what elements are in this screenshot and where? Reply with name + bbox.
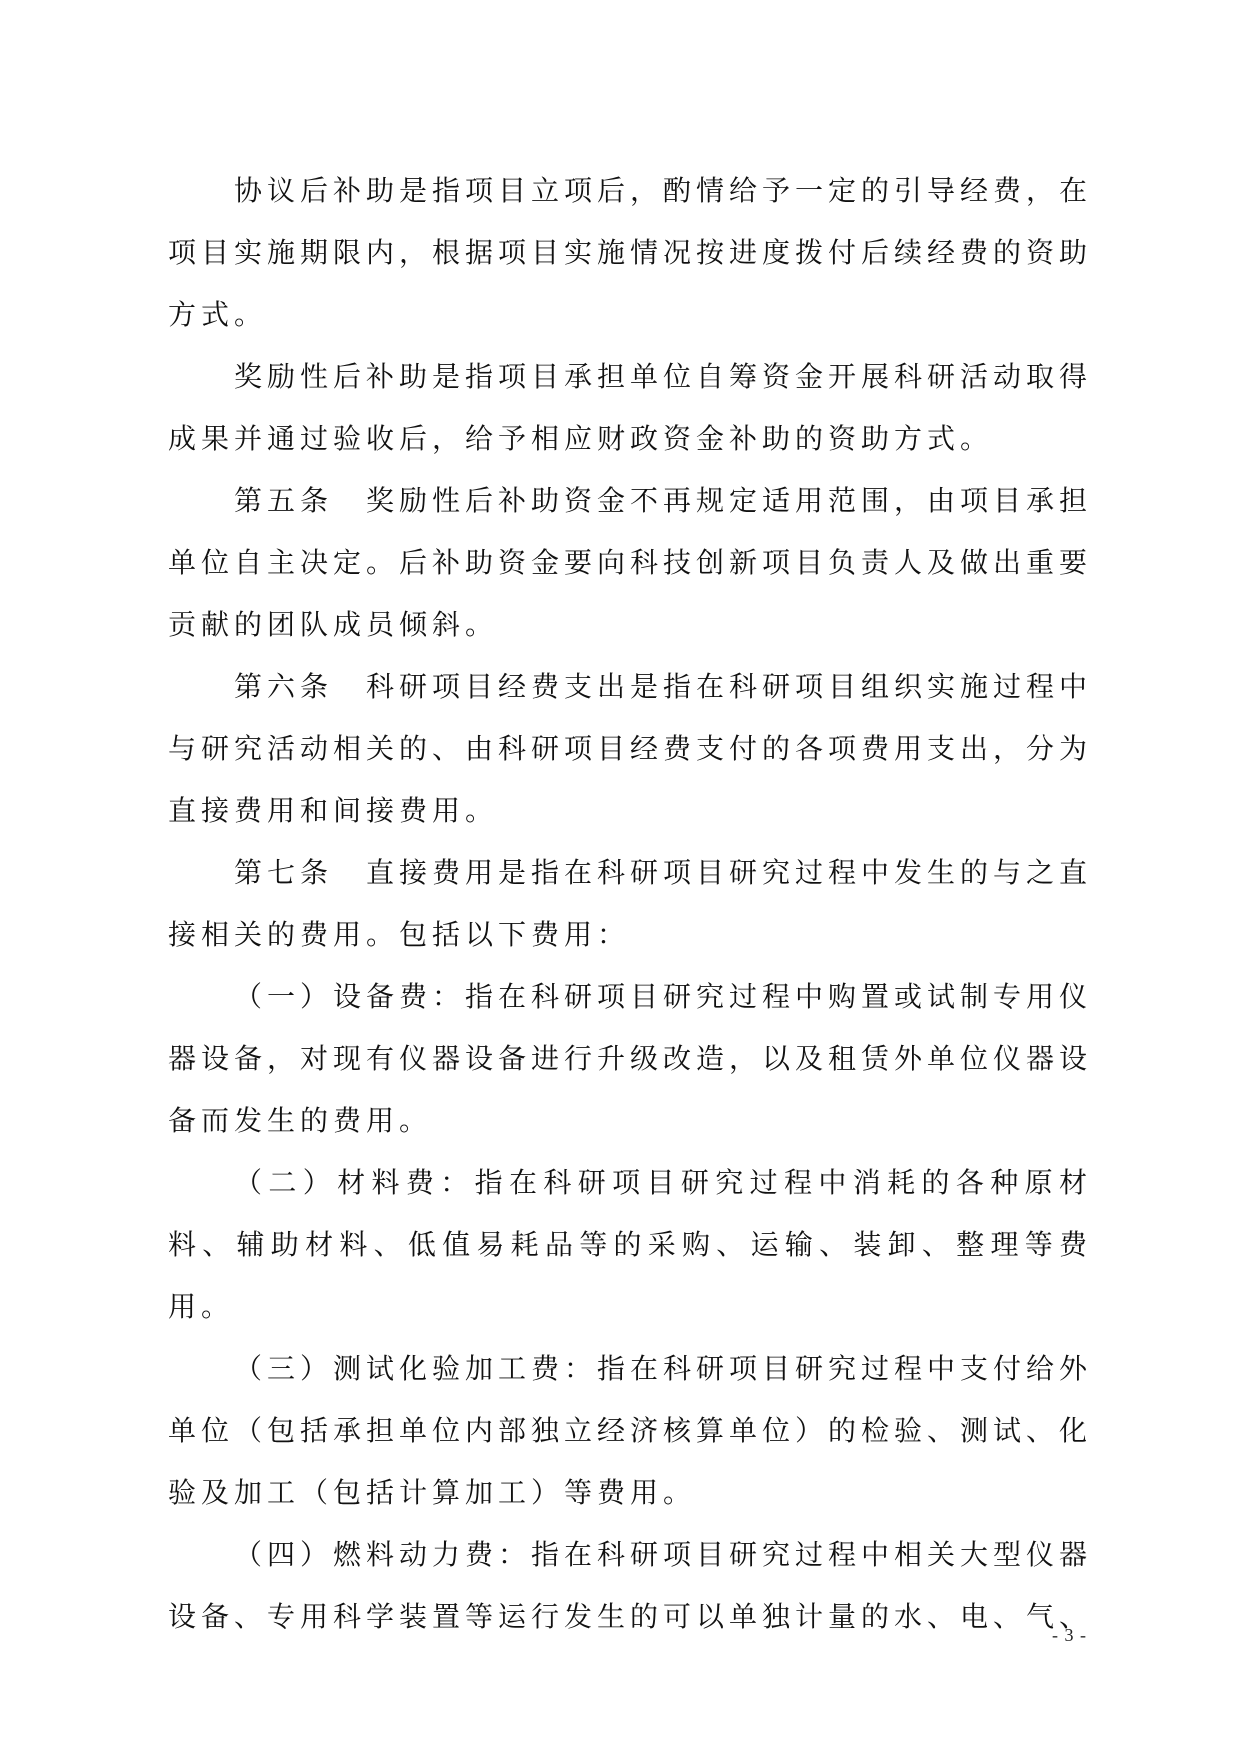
paragraph-article-6: 第六条 科研项目经费支出是指在科研项目组织实施过程中与研究活动相关的、由科研项目… xyxy=(168,656,1092,842)
document-body: 协议后补助是指项目立项后，酌情给予一定的引导经费，在项目实施期限内，根据项目实施… xyxy=(168,160,1092,1648)
paragraph-item-fuel-power: （四）燃料动力费：指在科研项目研究过程中相关大型仪器设备、专用科学装置等运行发生… xyxy=(168,1524,1092,1648)
paragraph-article-5: 第五条 奖励性后补助资金不再规定适用范围，由项目承担单位自主决定。后补助资金要向… xyxy=(168,470,1092,656)
page-number: - 3 - xyxy=(1052,1625,1087,1646)
paragraph-item-equipment: （一）设备费：指在科研项目研究过程中购置或试制专用仪器设备，对现有仪器设备进行升… xyxy=(168,966,1092,1152)
paragraph-item-materials: （二）材料费：指在科研项目研究过程中消耗的各种原材料、辅助材料、低值易耗品等的采… xyxy=(168,1152,1092,1338)
paragraph-reward-subsidy: 奖励性后补助是指项目承担单位自筹资金开展科研活动取得成果并通过验收后，给予相应财… xyxy=(168,346,1092,470)
paragraph-item-testing: （三）测试化验加工费：指在科研项目研究过程中支付给外单位（包括承担单位内部独立经… xyxy=(168,1338,1092,1524)
paragraph-agreement-subsidy: 协议后补助是指项目立项后，酌情给予一定的引导经费，在项目实施期限内，根据项目实施… xyxy=(168,160,1092,346)
document-page: 协议后补助是指项目立项后，酌情给予一定的引导经费，在项目实施期限内，根据项目实施… xyxy=(0,0,1241,1755)
paragraph-article-7: 第七条 直接费用是指在科研项目研究过程中发生的与之直接相关的费用。包括以下费用： xyxy=(168,842,1092,966)
